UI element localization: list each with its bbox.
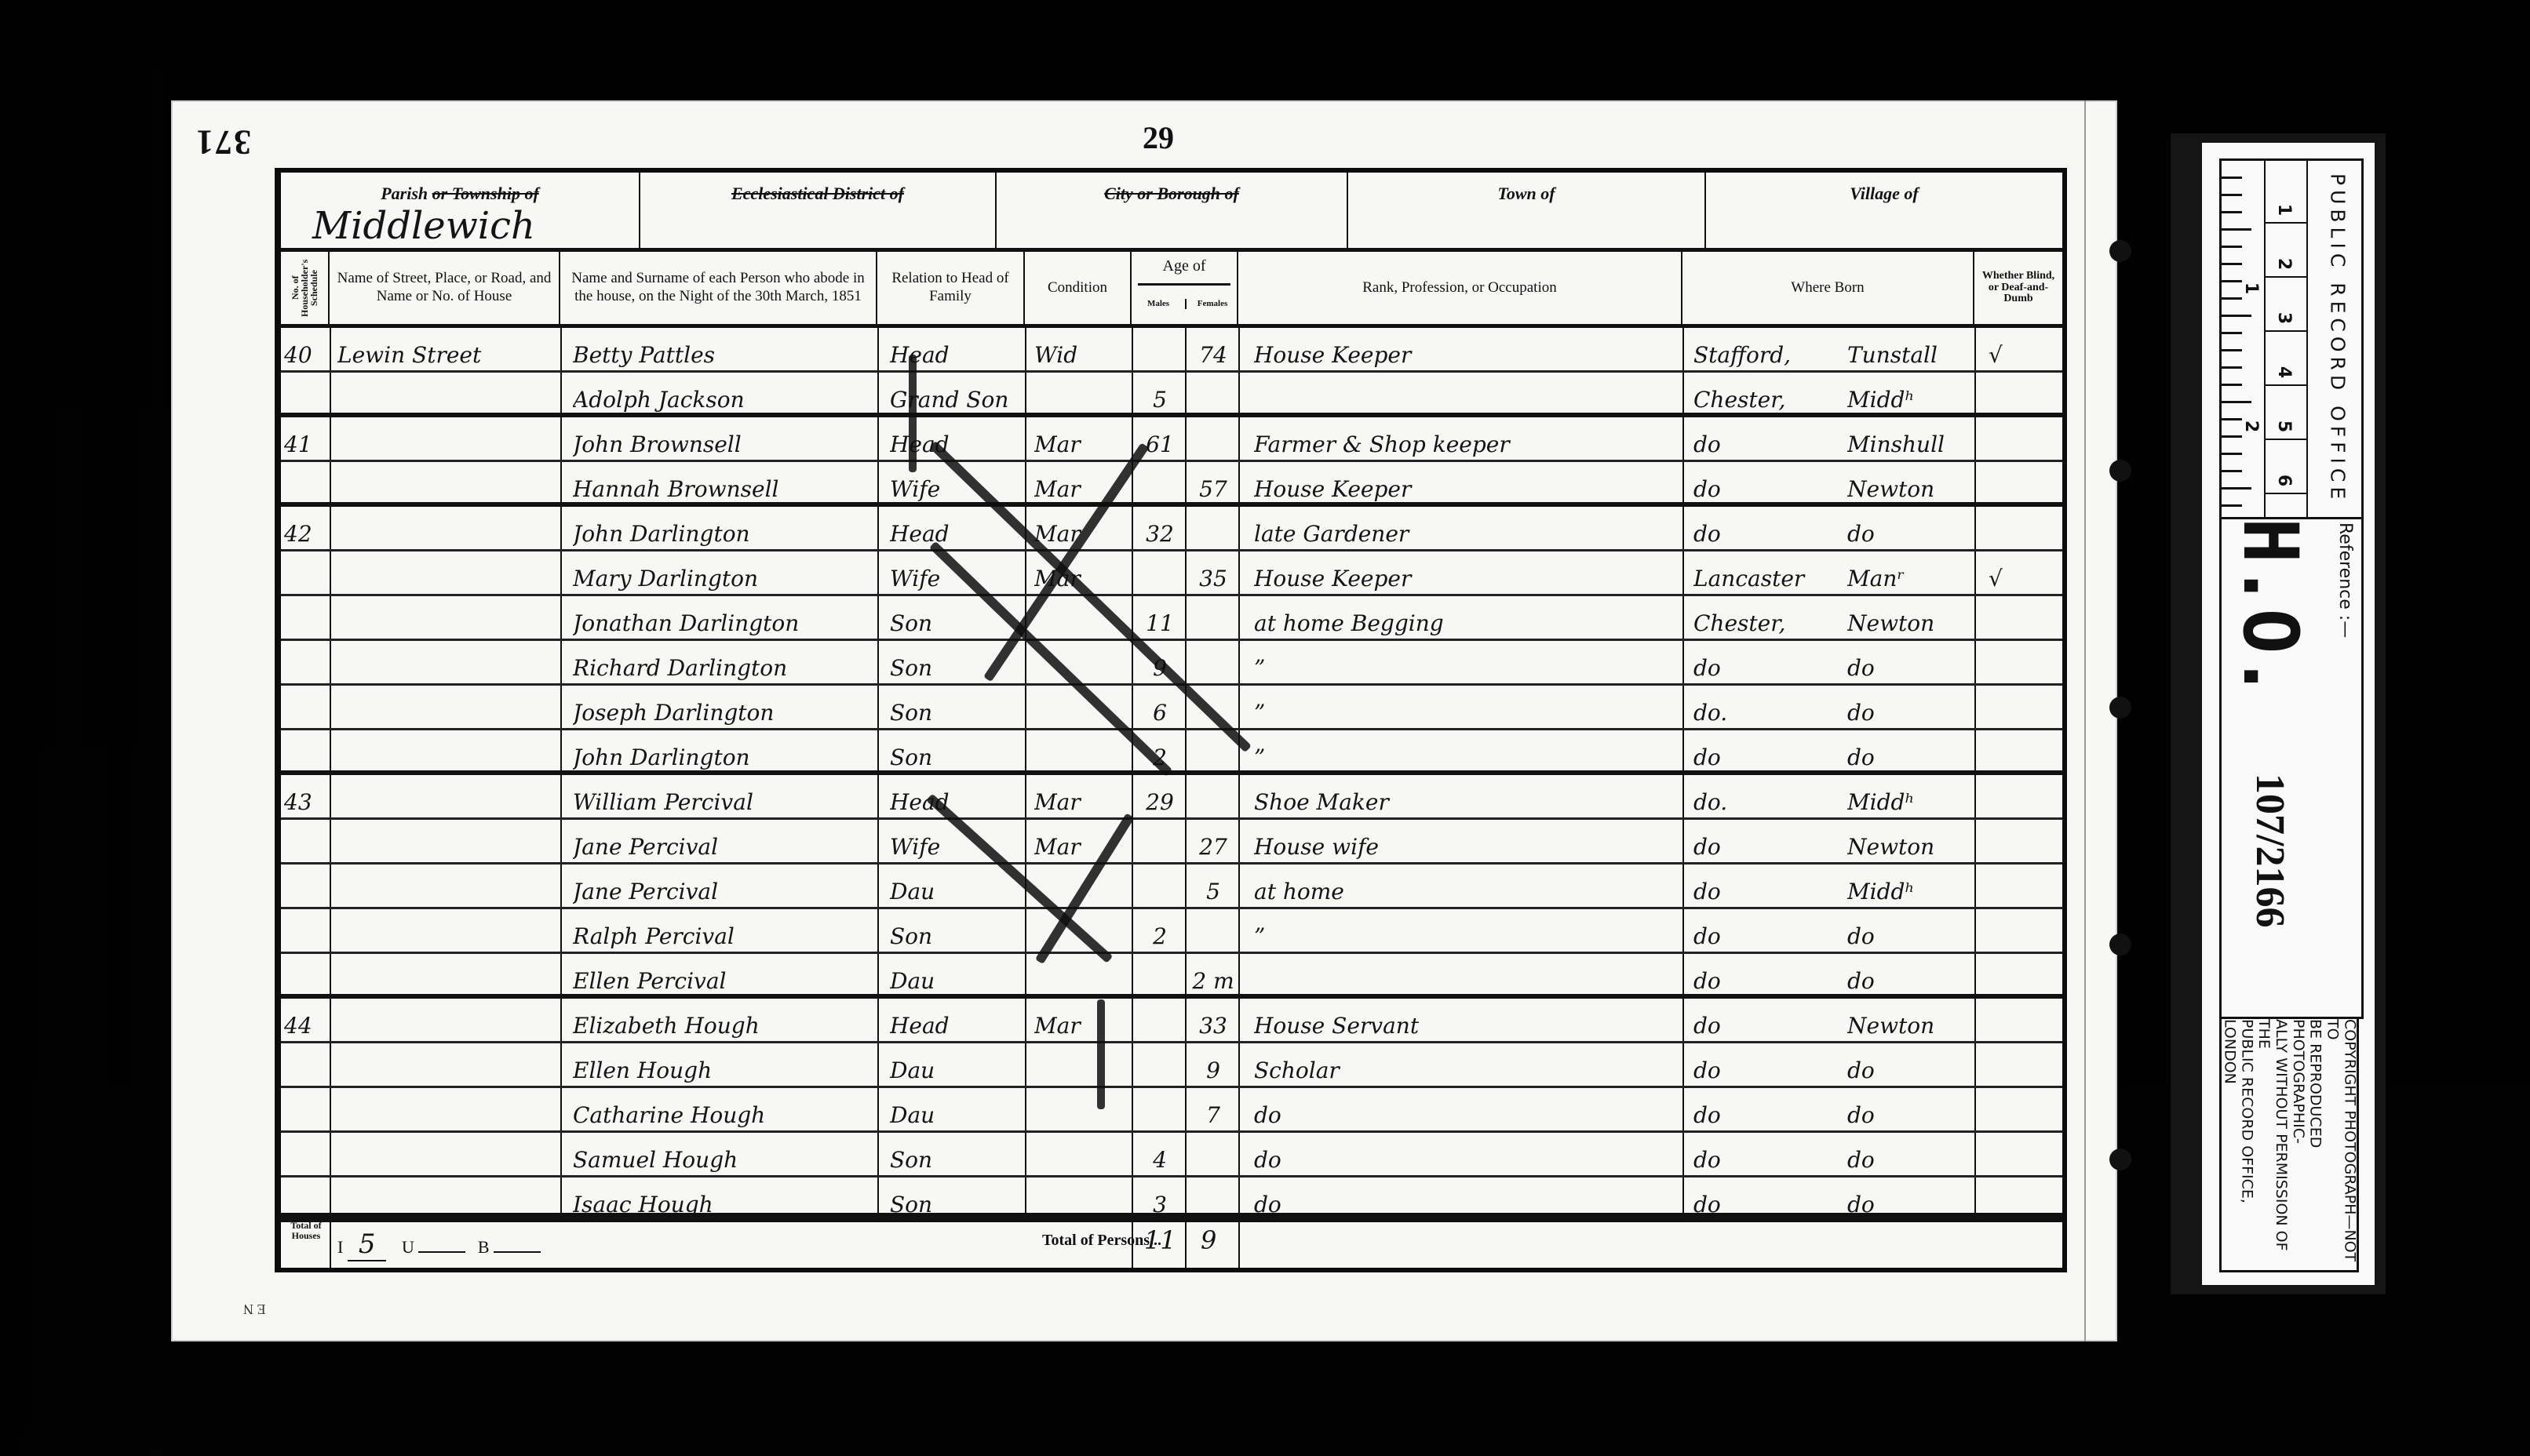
- born-county: do: [1693, 864, 1843, 909]
- punch-hole-icon: [2109, 934, 2131, 955]
- infirmity-mark: [1989, 730, 2059, 775]
- infirmity-mark: [1989, 954, 2059, 999]
- street-name: [337, 551, 557, 596]
- schedule-no: 43: [284, 775, 328, 820]
- table-row: 44Elizabeth HoughHeadMar33House Servantd…: [281, 999, 2062, 1043]
- ruler-tick: [2222, 228, 2251, 231]
- schedule-no: [284, 820, 328, 864]
- table-row: 42John DarlingtonHeadMar32late Gardenerd…: [281, 507, 2062, 551]
- male-age: [1138, 328, 1182, 373]
- infirmity-mark: [1989, 507, 2059, 551]
- ruler-tick: [2222, 263, 2242, 265]
- schedule-no: 41: [284, 417, 328, 462]
- female-age: [1190, 1133, 1237, 1178]
- infirmity-mark: [1989, 1133, 2059, 1178]
- ruler-tick: [2222, 315, 2251, 317]
- relation: Dau: [890, 1088, 1022, 1133]
- born-place: Newton: [1847, 596, 1973, 641]
- occupation: ”: [1254, 909, 1678, 954]
- condition: [1034, 1043, 1128, 1088]
- male-age: [1138, 462, 1182, 507]
- person-name: Richard Darlington: [573, 641, 874, 686]
- relation: Head: [890, 999, 1022, 1043]
- male-age: [1138, 1088, 1182, 1133]
- ruler-tick: [2222, 384, 2242, 386]
- inhabited-count: 5: [348, 1228, 387, 1261]
- female-age: 2 m: [1190, 954, 1237, 999]
- condition: [1034, 1088, 1128, 1133]
- copyright-notice: COPYRIGHT PHOTOGRAPH—NOT TOBE REPRODUCED…: [2219, 1017, 2359, 1272]
- infirmity-mark: [1989, 999, 2059, 1043]
- female-age: 57: [1190, 462, 1237, 507]
- field-label: Town of: [1497, 184, 1555, 203]
- occupation: [1254, 373, 1678, 417]
- table-row: Joseph DarlingtonSon6”do.do: [281, 686, 2062, 730]
- scale-ruler: 12 123456 PUBLIC RECORD OFFICE: [2219, 158, 2364, 519]
- table-row: Catharine HoughDau7dododo: [281, 1088, 2062, 1133]
- person-name: Jane Percival: [573, 820, 874, 864]
- copyright-line: COPYRIGHT PHOTOGRAPH—NOT TO: [2324, 1019, 2358, 1270]
- infirmity-mark: √: [1989, 328, 2059, 373]
- occupation: Scholar: [1254, 1043, 1678, 1088]
- total-houses-label: Total of Houses: [284, 1221, 328, 1240]
- pro-title: PUBLIC RECORD OFFICE: [2327, 173, 2350, 504]
- ruler-tick: [2222, 453, 2242, 455]
- male-age: 5: [1138, 373, 1182, 417]
- street-name: [337, 686, 557, 730]
- ruler-tick: [2222, 487, 2251, 490]
- occupation: House Servant: [1254, 999, 1678, 1043]
- male-age: [1138, 864, 1182, 909]
- ruler-tick: [2222, 401, 2251, 403]
- schedule-no: [284, 954, 328, 999]
- male-age: 32: [1138, 507, 1182, 551]
- born-county: do.: [1693, 775, 1843, 820]
- person-name: Jonathan Darlington: [573, 596, 874, 641]
- infirmity-mark: [1989, 373, 2059, 417]
- female-age: [1190, 909, 1237, 954]
- street-name: [337, 507, 557, 551]
- born-county: Stafford,: [1693, 328, 1843, 373]
- copyright-line: PUBLIC RECORD OFFICE, LONDON: [2221, 1019, 2255, 1270]
- binding-edge: [2084, 100, 2086, 1341]
- divider: [1138, 283, 1230, 286]
- header-where-born: Where Born: [1682, 252, 1974, 324]
- total-houses: I 5 U B: [337, 1228, 541, 1260]
- ruler-tick: [2222, 366, 2242, 369]
- person-name: John Brownsell: [573, 417, 874, 462]
- header-age-of: Age of: [1132, 257, 1237, 275]
- person-name: Joseph Darlington: [573, 686, 874, 730]
- relation: Son: [890, 909, 1022, 954]
- born-county: do.: [1693, 686, 1843, 730]
- header-occupation: Rank, Profession, or Occupation: [1238, 252, 1682, 324]
- field-label-struck: Ecclesiastical District of: [731, 184, 904, 203]
- born-place: do: [1847, 1088, 1973, 1133]
- born-place: do: [1847, 641, 1973, 686]
- street-name: [337, 820, 557, 864]
- relation: Son: [890, 730, 1022, 775]
- table-row: Jane PercivalDau5at homedoMiddʰ: [281, 864, 2062, 909]
- total-females: 9: [1201, 1225, 1216, 1255]
- header-relation: Relation to Head of Family: [877, 252, 1025, 324]
- born-place: Newton: [1847, 462, 1973, 507]
- born-county: do: [1693, 462, 1843, 507]
- occupation: do: [1254, 1088, 1678, 1133]
- person-name: Ralph Percival: [573, 909, 874, 954]
- relation: Dau: [890, 864, 1022, 909]
- male-age: [1138, 820, 1182, 864]
- field-label: Parish: [381, 184, 428, 203]
- table-row: Jane PercivalWifeMar27House wifedoNewton: [281, 820, 2062, 864]
- table-row: Samuel HoughSon4dododo: [281, 1133, 2062, 1178]
- condition: Mar: [1034, 775, 1128, 820]
- punch-hole-icon: [2109, 240, 2131, 262]
- field-label: Village of: [1850, 184, 1918, 203]
- building-label: B: [478, 1237, 490, 1257]
- reference-box: Reference :— H.O. 107/2166: [2219, 515, 2364, 1019]
- street-name: [337, 462, 557, 507]
- born-place: Middʰ: [1847, 775, 1973, 820]
- born-county: do: [1693, 1133, 1843, 1178]
- female-age: [1190, 775, 1237, 820]
- table-row: 41John BrownsellHeadMar61Farmer & Shop k…: [281, 417, 2062, 462]
- inhabited-label: I: [337, 1237, 343, 1257]
- occupation: ”: [1254, 641, 1678, 686]
- born-place: do: [1847, 1043, 1973, 1088]
- schedule-no: [284, 864, 328, 909]
- male-age: 29: [1138, 775, 1182, 820]
- person-name: Hannah Brownsell: [573, 462, 874, 507]
- street-name: [337, 1088, 557, 1133]
- ruler-tick: [2222, 504, 2242, 507]
- born-county: do: [1693, 1043, 1843, 1088]
- ruler-tick: [2222, 280, 2242, 282]
- born-place: Newton: [1847, 999, 1973, 1043]
- female-age: [1190, 596, 1237, 641]
- relation: Son: [890, 686, 1022, 730]
- tally-stroke: [909, 355, 917, 472]
- header-schedule-no: No. of Householder's Schedule: [281, 252, 330, 324]
- field-ecclesiastical-district: Ecclesiastical District of: [640, 173, 997, 248]
- born-county: do: [1693, 820, 1843, 864]
- uninhabited-label: U: [402, 1237, 414, 1257]
- street-name: [337, 641, 557, 686]
- street-name: [337, 999, 557, 1043]
- totals-row: Total of Houses I 5 U B Total of Persons…: [281, 1213, 2062, 1268]
- ruler-tick: [2222, 418, 2242, 420]
- header-street: Name of Street, Place, or Road, and Name…: [330, 252, 560, 324]
- field-parish: Parish or Township of Middlewich: [281, 173, 640, 248]
- copyright-line: ALLY WITHOUT PERMISSION OF THE: [2255, 1019, 2289, 1270]
- cm-scale: 123456: [2264, 161, 2308, 517]
- male-age: [1138, 551, 1182, 596]
- reference-class: H.O.: [2233, 518, 2308, 699]
- infirmity-mark: [1989, 641, 2059, 686]
- male-age: 2: [1138, 909, 1182, 954]
- ruler-tick: [2222, 194, 2242, 196]
- table-row: Mary DarlingtonWifeMar35House KeeperLanc…: [281, 551, 2062, 596]
- born-place: Manʳ: [1847, 551, 1973, 596]
- pro-reference-card: 12 123456 PUBLIC RECORD OFFICE Reference…: [2171, 133, 2386, 1294]
- born-county: do: [1693, 954, 1843, 999]
- male-age: [1138, 954, 1182, 999]
- born-place: do: [1847, 1133, 1973, 1178]
- female-age: 7: [1190, 1088, 1237, 1133]
- ruler-tick: [2222, 211, 2242, 213]
- infirmity-mark: [1989, 909, 2059, 954]
- person-name: Ellen Hough: [573, 1043, 874, 1088]
- inch-mark: 1: [2241, 282, 2261, 294]
- person-name: Ellen Percival: [573, 954, 874, 999]
- born-place: do: [1847, 730, 1973, 775]
- occupation: late Gardener: [1254, 507, 1678, 551]
- born-county: Chester,: [1693, 596, 1843, 641]
- occupation: do: [1254, 1133, 1678, 1178]
- schedule-no: [284, 596, 328, 641]
- person-name: William Percival: [573, 775, 874, 820]
- footer-mark: E N: [243, 1301, 266, 1317]
- table-row: Adolph JacksonGrand Son5Chester,Middʰ: [281, 373, 2062, 417]
- street-name: [337, 1133, 557, 1178]
- male-age: 6: [1138, 686, 1182, 730]
- schedule-no: [284, 730, 328, 775]
- male-age: [1138, 1043, 1182, 1088]
- condition: Mar: [1034, 417, 1128, 462]
- relation: Dau: [890, 954, 1022, 999]
- street-name: [337, 864, 557, 909]
- reference-piece: 107/2166: [2247, 773, 2293, 927]
- table-row: Ellen PercivalDau2 mdodo: [281, 954, 2062, 999]
- street-name: [337, 1043, 557, 1088]
- born-county: do: [1693, 999, 1843, 1043]
- schedule-no: [284, 909, 328, 954]
- schedule-no: [284, 462, 328, 507]
- occupation: House Keeper: [1254, 462, 1678, 507]
- schedule-no: [284, 1043, 328, 1088]
- header-name: Name and Surname of each Person who abod…: [560, 252, 877, 324]
- header-age: Age of Males Females: [1132, 252, 1238, 324]
- occupation: House Keeper: [1254, 551, 1678, 596]
- relation: Head: [890, 775, 1022, 820]
- person-name: John Darlington: [573, 507, 874, 551]
- person-name: John Darlington: [573, 730, 874, 775]
- infirmity-mark: [1989, 1043, 2059, 1088]
- infirmity-mark: [1989, 462, 2059, 507]
- census-entries: 40Lewin StreetBetty PattlesHeadWid74Hous…: [281, 328, 2062, 1222]
- born-county: do: [1693, 1088, 1843, 1133]
- born-place: do: [1847, 909, 1973, 954]
- field-city-borough: City or Borough of: [997, 173, 1348, 248]
- born-county: do: [1693, 417, 1843, 462]
- copyright-line: BE REPRODUCED PHOTOGRAPHIC-: [2289, 1019, 2324, 1270]
- occupation: ”: [1254, 730, 1678, 775]
- occupation: Farmer & Shop keeper: [1254, 417, 1678, 462]
- header-males: Males: [1133, 299, 1183, 309]
- schedule-no: 44: [284, 999, 328, 1043]
- female-age: 27: [1190, 820, 1237, 864]
- occupation: at home Begging: [1254, 596, 1678, 641]
- infirmity-mark: [1989, 820, 2059, 864]
- table-row: Ellen HoughDau9Scholardodo: [281, 1043, 2062, 1088]
- punch-hole-icon: [2109, 460, 2131, 482]
- female-age: [1190, 507, 1237, 551]
- condition: [1034, 1133, 1128, 1178]
- ruler-tick: [2222, 246, 2242, 248]
- header-females: Females: [1185, 299, 1238, 309]
- female-age: 5: [1190, 864, 1237, 909]
- tally-stroke: [1097, 999, 1105, 1109]
- punch-hole-icon: [2109, 1148, 2131, 1170]
- born-county: do: [1693, 909, 1843, 954]
- occupation: ”: [1254, 686, 1678, 730]
- female-age: [1190, 417, 1237, 462]
- born-place: Tunstall: [1847, 328, 1973, 373]
- born-place: do: [1847, 507, 1973, 551]
- person-name: Mary Darlington: [573, 551, 874, 596]
- female-age: 33: [1190, 999, 1237, 1043]
- condition: [1034, 373, 1128, 417]
- male-age: 4: [1138, 1133, 1182, 1178]
- female-age: 74: [1190, 328, 1237, 373]
- infirmity-mark: [1989, 686, 2059, 730]
- schedule-no: [284, 373, 328, 417]
- infirmity-mark: √: [1989, 551, 2059, 596]
- occupation: Shoe Maker: [1254, 775, 1678, 820]
- ruler-tick: [2222, 297, 2242, 300]
- male-age: 61: [1138, 417, 1182, 462]
- ruler-tick: [2222, 435, 2242, 438]
- schedule-no: 42: [284, 507, 328, 551]
- schedule-no: [284, 1088, 328, 1133]
- condition: Mar: [1034, 999, 1128, 1043]
- field-label-struck: City or Borough of: [1104, 184, 1239, 203]
- table-row: John DarlingtonSon2”dodo: [281, 730, 2062, 775]
- street-name: Lewin Street: [337, 328, 557, 373]
- female-age: [1190, 373, 1237, 417]
- header-text: No. of Householder's Schedule: [290, 252, 319, 324]
- female-age: 35: [1190, 551, 1237, 596]
- page-number: 29: [1143, 119, 1174, 156]
- born-county: do: [1693, 507, 1843, 551]
- person-name: Betty Pattles: [573, 328, 874, 373]
- relation: Dau: [890, 1043, 1022, 1088]
- table-row: Hannah BrownsellWifeMar57House KeeperdoN…: [281, 462, 2062, 507]
- street-name: [337, 596, 557, 641]
- person-name: Samuel Hough: [573, 1133, 874, 1178]
- reference-label: Reference :—: [2335, 522, 2355, 638]
- field-label-struck: or Township of: [432, 184, 539, 203]
- census-form: Parish or Township of Middlewich Ecclesi…: [275, 168, 2067, 1272]
- inch-mark: 2: [2241, 420, 2261, 432]
- infirmity-mark: [1989, 596, 2059, 641]
- header-condition: Condition: [1025, 252, 1132, 324]
- infirmity-mark: [1989, 775, 2059, 820]
- street-name: [337, 775, 557, 820]
- street-name: [337, 730, 557, 775]
- born-county: do: [1693, 641, 1843, 686]
- street-name: [337, 954, 557, 999]
- born-place: Middʰ: [1847, 373, 1973, 417]
- occupation: at home: [1254, 864, 1678, 909]
- person-name: Elizabeth Hough: [573, 999, 874, 1043]
- ruler-tick: [2222, 332, 2242, 334]
- born-county: Chester,: [1693, 373, 1843, 417]
- condition: Wid: [1034, 328, 1128, 373]
- inch-scale: 12: [2222, 161, 2266, 517]
- census-page: 371 29 Parish or Township of Middlewich …: [171, 100, 2117, 1341]
- infirmity-mark: [1989, 417, 2059, 462]
- ruler-tick: [2222, 177, 2242, 179]
- born-county: do: [1693, 730, 1843, 775]
- ruler-tick: [2222, 470, 2242, 472]
- schedule-no: [284, 551, 328, 596]
- born-place: Minshull: [1847, 417, 1973, 462]
- relation: Son: [890, 1133, 1022, 1178]
- born-place: Middʰ: [1847, 864, 1973, 909]
- person-name: Catharine Hough: [573, 1088, 874, 1133]
- condition: [1034, 730, 1128, 775]
- person-name: Jane Percival: [573, 864, 874, 909]
- ruler-tick: [2222, 349, 2242, 351]
- female-age: [1190, 641, 1237, 686]
- field-town: Town of: [1348, 173, 1706, 248]
- table-row: Ralph PercivalSon2”dodo: [281, 909, 2062, 954]
- born-place: do: [1847, 686, 1973, 730]
- table-row: 40Lewin StreetBetty PattlesHeadWid74Hous…: [281, 328, 2062, 373]
- infirmity-mark: [1989, 1088, 2059, 1133]
- parish-value: Middlewich: [312, 204, 535, 248]
- female-age: 9: [1190, 1043, 1237, 1088]
- reference-class-text: H.O.: [2226, 518, 2314, 699]
- infirmity-mark: [1989, 864, 2059, 909]
- copyright-text: COPYRIGHT PHOTOGRAPH—NOT TOBE REPRODUCED…: [2221, 1019, 2358, 1270]
- occupation: House Keeper: [1254, 328, 1678, 373]
- header-blind-deaf: Whether Blind, or Deaf-and-Dumb: [1974, 252, 2062, 324]
- schedule-no: [284, 1133, 328, 1178]
- born-place: do: [1847, 954, 1973, 999]
- occupation: House wife: [1254, 820, 1678, 864]
- born-place: Newton: [1847, 820, 1973, 864]
- folio-stamp: 371: [195, 122, 251, 162]
- cm-mark: 6: [2274, 475, 2294, 486]
- person-name: Adolph Jackson: [573, 373, 874, 417]
- punch-hole-icon: [2109, 697, 2131, 719]
- table-row: Jonathan DarlingtonSon11at home BeggingC…: [281, 596, 2062, 641]
- street-name: [337, 373, 557, 417]
- schedule-no: 40: [284, 328, 328, 373]
- district-fields: Parish or Township of Middlewich Ecclesi…: [281, 173, 2062, 252]
- total-males: 11: [1144, 1225, 1176, 1255]
- condition: [1034, 954, 1128, 999]
- schedule-no: [284, 686, 328, 730]
- occupation: [1254, 954, 1678, 999]
- column-headers: No. of Householder's Schedule Name of St…: [281, 252, 2062, 328]
- male-age: 11: [1138, 596, 1182, 641]
- field-village: Village of: [1706, 173, 2062, 248]
- male-age: [1138, 999, 1182, 1043]
- street-name: [337, 417, 557, 462]
- born-county: Lancaster: [1693, 551, 1843, 596]
- street-name: [337, 909, 557, 954]
- schedule-no: [284, 641, 328, 686]
- table-row: 43William PercivalHeadMar29Shoe Makerdo.…: [281, 775, 2062, 820]
